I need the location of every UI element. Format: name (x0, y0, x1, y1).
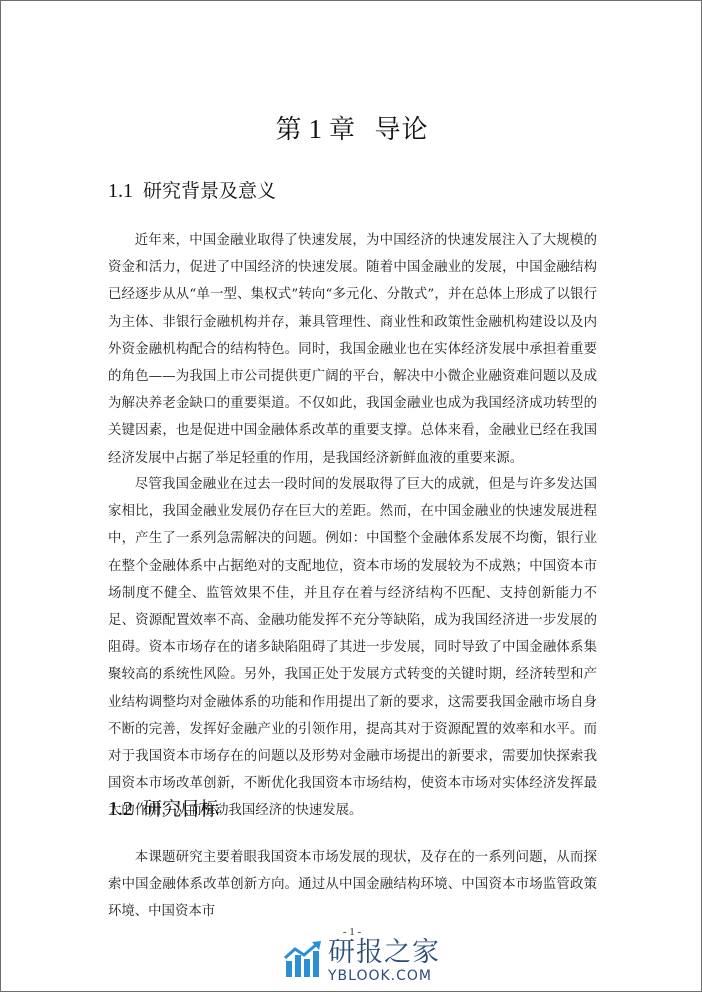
chapter-name: 导论 (375, 115, 429, 145)
chapter-number: 1 (308, 114, 323, 144)
section-number: 1.2 (108, 798, 133, 820)
watermark-logo: 研报之家 YBLOOK.COM (284, 939, 440, 983)
section-title: 研究目标 (143, 798, 219, 820)
chapter-title: 第1章 导论 (1, 109, 702, 146)
rising-chart-icon (284, 941, 322, 982)
paragraph-objective-1: 本课题研究主要着眼我国资本市场发展的现状，及存在的一系列问题，从而探索中国金融体… (108, 844, 597, 926)
section-heading-1-1: 1.1研究背景及意义 (108, 176, 276, 203)
paragraph-background-2: 尽管我国金融业在过去一段时间的发展取得了巨大的成就，但是与许多发达国家相比，我国… (108, 471, 597, 825)
watermark-name: 研报之家 (328, 939, 440, 966)
document-page: 第1章 导论 1.1研究背景及意义 近年来，中国金融业取得了快速发展，为中国经济… (0, 0, 702, 992)
chapter-prefix: 第 (275, 115, 302, 145)
paragraph-background-1: 近年来，中国金融业取得了快速发展，为中国经济的快速发展注入了大规模的资金和活力，… (108, 227, 597, 472)
section-number: 1.1 (108, 180, 133, 202)
watermark-domain: YBLOOK.COM (328, 969, 440, 983)
section-title: 研究背景及意义 (143, 180, 276, 202)
section-heading-1-2: 1.2研究目标 (108, 794, 219, 821)
chapter-suffix: 章 (329, 115, 356, 145)
